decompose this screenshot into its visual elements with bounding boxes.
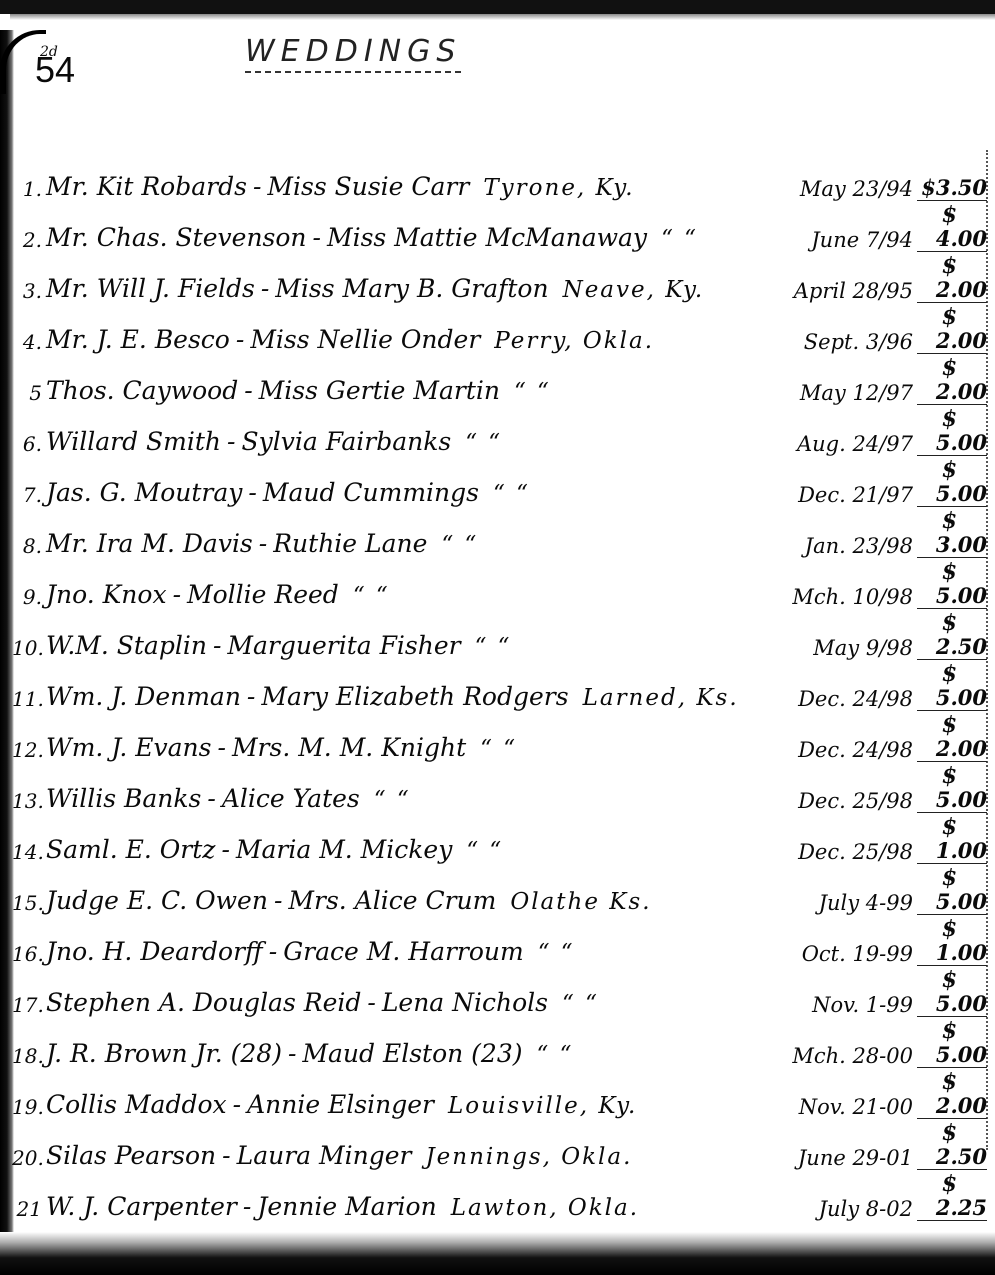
wedding-place: “ “ [480, 736, 517, 762]
entry-number: 12. [12, 738, 42, 762]
wedding-fee: $1.00 [917, 940, 987, 966]
separator-dash: - [213, 631, 221, 660]
fee-amount: 5.00 [936, 787, 987, 812]
separator-dash: - [221, 835, 229, 864]
ledger-entry: 6. Willard Smith - Sylvia Fairbanks “ “ … [12, 405, 987, 456]
groom-name: Jno. Knox [46, 580, 167, 609]
entry-number: 5 [12, 381, 42, 405]
bride-name: Marguerita Fisher [227, 631, 460, 660]
groom-name: Silas Pearson [46, 1141, 216, 1170]
bride-name: Ruthie Lane [273, 529, 427, 558]
separator-dash: - [222, 1141, 230, 1170]
groom-name: W.M. Staplin [46, 631, 207, 660]
groom-name: Mr. Ira M. Davis [46, 529, 253, 558]
wedding-place: “ “ [466, 838, 503, 864]
separator-dash: - [207, 784, 215, 813]
wedding-date: July 8-02 [819, 1197, 913, 1221]
bride-name: Mollie Reed [187, 580, 339, 609]
bride-name: Mary Elizabeth Rodgers [261, 682, 568, 711]
wedding-place: “ “ [493, 481, 530, 507]
wedding-date: Mch. 28-00 [792, 1044, 913, 1068]
bride-name: Miss Gertie Martin [259, 376, 500, 405]
wedding-fee: $5.00 [917, 583, 987, 609]
wedding-place: “ “ [353, 583, 390, 609]
ledger-entry: 10. W.M. Staplin - Marguerita Fisher “ “… [12, 609, 987, 660]
ledger-entry: 15. Judge E. C. Owen - Mrs. Alice Crum O… [12, 864, 987, 915]
bride-name: Maud Elston (23) [302, 1039, 522, 1068]
groom-name: Jno. H. Deardorff [46, 937, 263, 966]
ledger-entry: 19. Collis Maddox - Annie Elsinger Louis… [12, 1068, 987, 1119]
wedding-place: “ “ [374, 787, 411, 813]
entry-number: 17. [12, 993, 42, 1017]
dollar-sign-icon: $ [942, 253, 957, 279]
dollar-sign-icon: $ [942, 1171, 957, 1197]
wedding-date: Dec. 24/98 [798, 687, 913, 711]
ledger-entry: 21 W. J. Carpenter - Jennie Marion Lawto… [12, 1170, 987, 1221]
bride-name: Mrs. M. M. Knight [232, 733, 466, 762]
separator-dash: - [248, 478, 256, 507]
separator-dash: - [236, 325, 244, 354]
separator-dash: - [173, 580, 181, 609]
bride-name: Lena Nichols [382, 988, 548, 1017]
wedding-date: May 23/94 [800, 177, 913, 201]
wedding-date: April 28/95 [794, 279, 913, 303]
entry-number: 7. [12, 483, 42, 507]
wedding-date: Dec. 24/98 [798, 738, 913, 762]
bride-name: Mrs. Alice Crum [288, 886, 496, 915]
dollar-sign-icon: $ [942, 202, 957, 228]
separator-dash: - [227, 427, 235, 456]
fee-amount: 5.00 [936, 889, 987, 914]
groom-name: Saml. E. Ortz [46, 835, 215, 864]
dollar-sign-icon: $ [942, 508, 957, 534]
bride-name: Maud Cummings [263, 478, 479, 507]
wedding-fee: $1.00 [917, 838, 987, 864]
entry-number: 16. [12, 942, 42, 966]
dollar-sign-icon: $ [942, 1018, 957, 1044]
dollar-sign-icon: $ [942, 712, 957, 738]
wedding-date: Dec. 25/98 [798, 840, 913, 864]
dollar-sign-icon: $ [942, 763, 957, 789]
dollar-sign-icon: $ [942, 967, 957, 993]
fee-amount: $3.50 [921, 175, 987, 200]
wedding-place: “ “ [661, 226, 698, 252]
wedding-place: “ “ [538, 940, 575, 966]
ledger-entry: 13. Willis Banks - Alice Yates “ “ Dec. … [12, 762, 987, 813]
fee-amount: 5.00 [936, 583, 987, 608]
fee-amount: 2.00 [936, 1093, 987, 1118]
wedding-place: Perry, Okla. [494, 328, 654, 354]
wedding-date: Jan. 23/98 [805, 534, 913, 558]
dollar-sign-icon: $ [942, 814, 957, 840]
groom-name: Mr. Will J. Fields [46, 274, 255, 303]
ledger-entry: 11. Wm. J. Denman - Mary Elizabeth Rodge… [12, 660, 987, 711]
ledger-entry: 9. Jno. Knox - Mollie Reed “ “ Mch. 10/9… [12, 558, 987, 609]
wedding-fee: $5.00 [917, 430, 987, 456]
entry-number: 3. [12, 279, 42, 303]
wedding-fee: $2.50 [917, 634, 987, 660]
wedding-place: “ “ [465, 430, 502, 456]
fee-amount: 5.00 [936, 481, 987, 506]
bride-name: Grace M. Harroum [283, 937, 524, 966]
wedding-place: Jennings, Okla. [425, 1144, 632, 1170]
wedding-date: Sept. 3/96 [804, 330, 913, 354]
ledger-entry: 17. Stephen A. Douglas Reid - Lena Nicho… [12, 966, 987, 1017]
entry-number: 8. [12, 534, 42, 558]
separator-dash: - [259, 529, 267, 558]
entry-number: 20. [12, 1146, 42, 1170]
page-number: 54 [35, 52, 75, 88]
bride-name: Miss Mary B. Grafton [275, 274, 548, 303]
dollar-sign-icon: $ [942, 355, 957, 381]
entry-number: 6. [12, 432, 42, 456]
separator-dash: - [244, 376, 252, 405]
separator-dash: - [233, 1090, 241, 1119]
wedding-fee: $2.00 [917, 1093, 987, 1119]
fee-amount: 3.00 [936, 532, 987, 557]
bride-name: Alice Yates [222, 784, 360, 813]
entry-number: 18. [12, 1044, 42, 1068]
bride-name: Maria M. Mickey [236, 835, 452, 864]
groom-name: Stephen A. Douglas Reid [46, 988, 361, 1017]
wedding-fee: $2.50 [917, 1144, 987, 1170]
fee-amount: 2.00 [936, 328, 987, 353]
dollar-sign-icon: $ [942, 916, 957, 942]
bride-name: Jennie Marion [257, 1192, 436, 1221]
wedding-date: Mch. 10/98 [792, 585, 913, 609]
wedding-place: Louisville, Ky. [448, 1093, 637, 1119]
fee-amount: 2.25 [936, 1195, 987, 1220]
wedding-place: “ “ [514, 379, 551, 405]
dollar-sign-icon: $ [942, 865, 957, 891]
wedding-fee: $5.00 [917, 787, 987, 813]
ledger-entry: 16. Jno. H. Deardorff - Grace M. Harroum… [12, 915, 987, 966]
wedding-fee: $5.00 [917, 991, 987, 1017]
ledger-entry: 1. Mr. Kit Robards - Miss Susie Carr Tyr… [12, 150, 987, 201]
fee-amount: 2.50 [936, 634, 987, 659]
ledger-entry: 4. Mr. J. E. Besco - Miss Nellie Onder P… [12, 303, 987, 354]
groom-name: Thos. Caywood [46, 376, 238, 405]
groom-name: Mr. Kit Robards [46, 172, 247, 201]
bride-name: Miss Nellie Onder [250, 325, 480, 354]
groom-name: Willard Smith [46, 427, 221, 456]
dollar-sign-icon: $ [942, 457, 957, 483]
fee-amount: 1.00 [936, 838, 987, 863]
bride-name: Miss Susie Carr [267, 172, 469, 201]
bride-name: Annie Elsinger [247, 1090, 434, 1119]
groom-name: Mr. Chas. Stevenson [46, 223, 307, 252]
ledger-entry: 14. Saml. E. Ortz - Maria M. Mickey “ “ … [12, 813, 987, 864]
wedding-fee: $3.00 [917, 532, 987, 558]
page-top-edge [0, 0, 995, 14]
fee-amount: 5.00 [936, 1042, 987, 1067]
wedding-date: Aug. 24/97 [797, 432, 913, 456]
dollar-sign-icon: $ [942, 1120, 957, 1146]
wedding-date: June 29-01 [798, 1146, 913, 1170]
wedding-fee: $2.00 [917, 328, 987, 354]
separator-dash: - [313, 223, 321, 252]
wedding-ledger: 1. Mr. Kit Robards - Miss Susie Carr Tyr… [12, 150, 987, 1221]
ledger-entry: 5 Thos. Caywood - Miss Gertie Martin “ “… [12, 354, 987, 405]
entry-number: 15. [12, 891, 42, 915]
entry-number: 4. [12, 330, 42, 354]
ledger-entry: 7. Jas. G. Moutray - Maud Cummings “ “ D… [12, 456, 987, 507]
dollar-sign-icon: $ [942, 610, 957, 636]
wedding-place: “ “ [441, 532, 478, 558]
entry-number: 19. [12, 1095, 42, 1119]
wedding-place: “ “ [475, 634, 512, 660]
wedding-fee: $5.00 [917, 481, 987, 507]
groom-name: Wm. J. Denman [46, 682, 241, 711]
entry-number: 14. [12, 840, 42, 864]
entry-number: 21 [12, 1197, 42, 1221]
wedding-place: Neave, Ky. [563, 277, 705, 303]
ledger-entry: 18. J. R. Brown Jr. (28) - Maud Elston (… [12, 1017, 987, 1068]
wedding-date: Nov. 1-99 [812, 993, 913, 1017]
separator-dash: - [247, 682, 255, 711]
bride-name: Sylvia Fairbanks [241, 427, 451, 456]
wedding-place: “ “ [537, 1042, 574, 1068]
entry-number: 13. [12, 789, 42, 813]
fee-amount: 5.00 [936, 991, 987, 1016]
fee-amount: 2.50 [936, 1144, 987, 1169]
wedding-date: Nov. 21-00 [799, 1095, 913, 1119]
separator-dash: - [288, 1039, 296, 1068]
groom-name: Willis Banks [46, 784, 201, 813]
groom-name: Wm. J. Evans [46, 733, 211, 762]
wedding-fee: $2.25 [917, 1195, 987, 1221]
ledger-entry: 8. Mr. Ira M. Davis - Ruthie Lane “ “ Ja… [12, 507, 987, 558]
page-bottom-edge [0, 1232, 995, 1275]
separator-dash: - [217, 733, 225, 762]
fee-amount: 5.00 [936, 430, 987, 455]
wedding-place: Larned, Ks. [583, 685, 739, 711]
fee-amount: 5.00 [936, 685, 987, 710]
wedding-fee: $2.00 [917, 736, 987, 762]
bride-name: Laura Minger [237, 1141, 412, 1170]
entry-number: 10. [12, 636, 42, 660]
wedding-date: Oct. 19-99 [802, 942, 913, 966]
entry-number: 1. [12, 177, 42, 201]
wedding-fee: $2.00 [917, 277, 987, 303]
dollar-sign-icon: $ [942, 661, 957, 687]
ledger-entry: 3. Mr. Will J. Fields - Miss Mary B. Gra… [12, 252, 987, 303]
dollar-sign-icon: $ [942, 304, 957, 330]
groom-name: J. R. Brown Jr. (28) [46, 1039, 282, 1068]
wedding-place: Tyrone, Ky. [483, 175, 634, 201]
groom-name: Jas. G. Moutray [46, 478, 242, 507]
separator-dash: - [261, 274, 269, 303]
ledger-entry: 20. Silas Pearson - Laura Minger Jenning… [12, 1119, 987, 1170]
entry-number: 9. [12, 585, 42, 609]
dollar-sign-icon: $ [942, 559, 957, 585]
wedding-fee: $5.00 [917, 685, 987, 711]
wedding-date: May 9/98 [813, 636, 913, 660]
page-heading: WEDDINGS [245, 34, 461, 73]
fee-amount: 2.00 [936, 736, 987, 761]
wedding-place: “ “ [562, 991, 599, 1017]
wedding-fee: $5.00 [917, 1042, 987, 1068]
groom-name: Judge E. C. Owen [46, 886, 268, 915]
fee-amount: 1.00 [936, 940, 987, 965]
wedding-date: May 12/97 [800, 381, 913, 405]
wedding-fee: $4.00 [917, 226, 987, 252]
wedding-date: Dec. 21/97 [798, 483, 913, 507]
separator-dash: - [367, 988, 375, 1017]
groom-name: Mr. J. E. Besco [46, 325, 230, 354]
separator-dash: - [269, 937, 277, 966]
dollar-sign-icon: $ [942, 406, 957, 432]
wedding-date: July 4-99 [819, 891, 913, 915]
wedding-fee: $5.00 [917, 889, 987, 915]
entry-number: 11. [12, 687, 42, 711]
separator-dash: - [253, 172, 261, 201]
wedding-fee: $3.50 [917, 175, 987, 201]
fee-amount: 2.00 [936, 379, 987, 404]
entry-number: 2. [12, 228, 42, 252]
wedding-date: June 7/94 [811, 228, 913, 252]
separator-dash: - [274, 886, 282, 915]
fee-amount: 4.00 [936, 226, 987, 251]
fee-amount: 2.00 [936, 277, 987, 302]
wedding-date: Dec. 25/98 [798, 789, 913, 813]
dollar-sign-icon: $ [942, 1069, 957, 1095]
bride-name: Miss Mattie McManaway [327, 223, 647, 252]
separator-dash: - [243, 1192, 251, 1221]
wedding-place: Lawton, Okla. [451, 1195, 639, 1221]
groom-name: Collis Maddox [46, 1090, 227, 1119]
wedding-fee: $2.00 [917, 379, 987, 405]
ledger-entry: 12. Wm. J. Evans - Mrs. M. M. Knight “ “… [12, 711, 987, 762]
ledger-entry: 2. Mr. Chas. Stevenson - Miss Mattie McM… [12, 201, 987, 252]
wedding-place: Olathe Ks. [510, 889, 651, 915]
groom-name: W. J. Carpenter [46, 1192, 237, 1221]
